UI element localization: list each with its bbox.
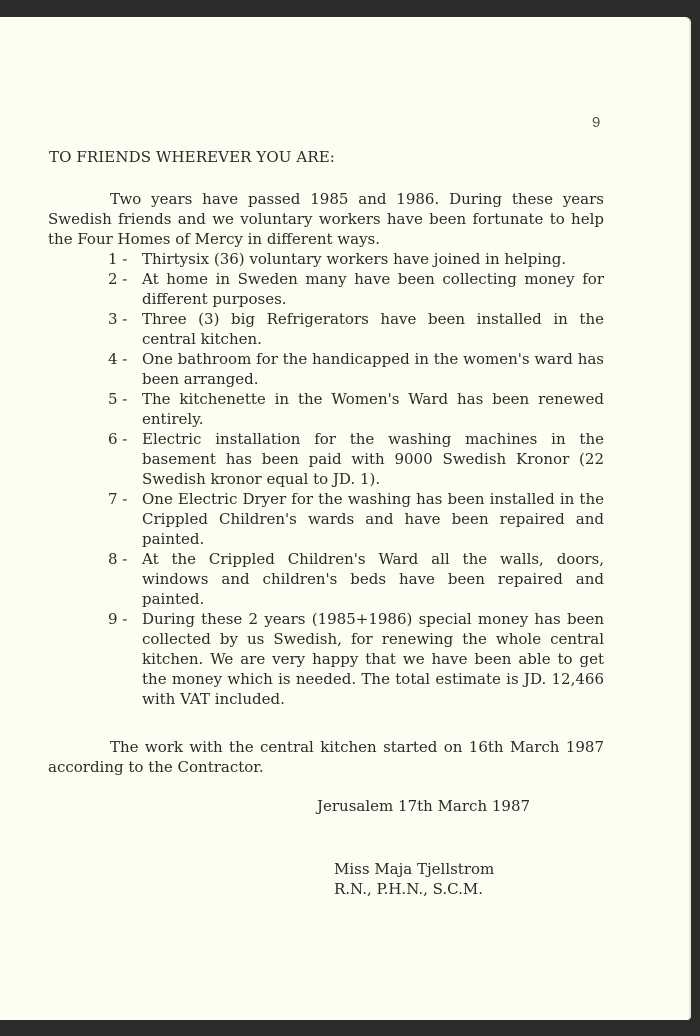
- list-item-number: 6 -: [108, 429, 142, 489]
- list-item-text: Thirtysix (36) voluntary workers have jo…: [142, 249, 604, 269]
- list-item: 2 -At home in Sweden many have been coll…: [108, 269, 604, 309]
- list-item-number: 8 -: [108, 549, 142, 609]
- list-item-text: Three (3) big Refrigerators have been in…: [142, 309, 604, 349]
- page-number: 9: [592, 114, 600, 131]
- list-item: 8 -At the Crippled Children's Ward all t…: [108, 549, 604, 609]
- list-item: 9 -During these 2 years (1985+1986) spec…: [108, 609, 604, 709]
- intro-paragraph: Two years have passed 1985 and 1986. Dur…: [48, 189, 604, 249]
- list-item-number: 4 -: [108, 349, 142, 389]
- closing-paragraph: The work with the central kitchen starte…: [48, 737, 604, 777]
- list-item-text: During these 2 years (1985+1986) special…: [142, 609, 604, 709]
- list-item-number: 7 -: [108, 489, 142, 549]
- list-item: 5 -The kitchenette in the Women's Ward h…: [108, 389, 604, 429]
- accomplishments-list: 1 -Thirtysix (36) voluntary workers have…: [108, 249, 604, 709]
- list-item: 7 -One Electric Dryer for the washing ha…: [108, 489, 604, 549]
- list-item: 1 -Thirtysix (36) voluntary workers have…: [108, 249, 604, 269]
- list-item-number: 9 -: [108, 609, 142, 709]
- list-item-text: One bathroom for the handicapped in the …: [142, 349, 604, 389]
- list-item-number: 5 -: [108, 389, 142, 429]
- list-item-number: 1 -: [108, 249, 142, 269]
- signature-name: Miss Maja Tjellstrom: [334, 859, 494, 879]
- list-item-text: One Electric Dryer for the washing has b…: [142, 489, 604, 549]
- list-item-text: At home in Sweden many have been collect…: [142, 269, 604, 309]
- list-item-number: 2 -: [108, 269, 142, 309]
- list-item-text: At the Crippled Children's Ward all the …: [142, 549, 604, 609]
- list-item-text: The kitchenette in the Women's Ward has …: [142, 389, 604, 429]
- document-page: 9 TO FRIENDS WHEREVER YOU ARE: Two years…: [0, 17, 691, 1020]
- intro-text: Two years have passed 1985 and 1986. Dur…: [48, 190, 604, 248]
- list-item: 6 -Electric installation for the washing…: [108, 429, 604, 489]
- dateline: Jerusalem 17th March 1987: [317, 797, 530, 815]
- signature-block: Miss Maja Tjellstrom R.N., P.H.N., S.C.M…: [334, 859, 494, 899]
- list-item-number: 3 -: [108, 309, 142, 349]
- letter-heading: TO FRIENDS WHEREVER YOU ARE:: [49, 148, 335, 166]
- list-item: 4 -One bathroom for the handicapped in t…: [108, 349, 604, 389]
- list-item-text: Electric installation for the washing ma…: [142, 429, 604, 489]
- list-item: 3 -Three (3) big Refrigerators have been…: [108, 309, 604, 349]
- signature-credentials: R.N., P.H.N., S.C.M.: [334, 879, 494, 899]
- closing-text: The work with the central kitchen starte…: [48, 738, 604, 776]
